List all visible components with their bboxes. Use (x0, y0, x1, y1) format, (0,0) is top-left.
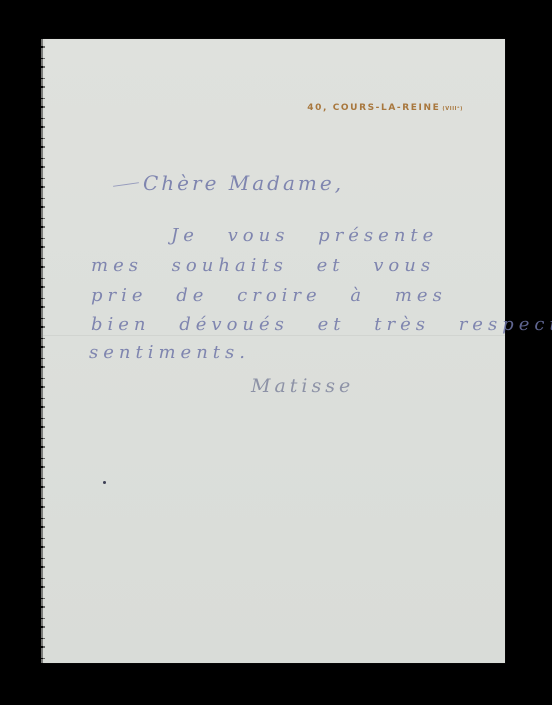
paper-fold-line (43, 335, 505, 336)
letter-line-3: prie de croire à mes (91, 285, 447, 306)
letter-line-1: Je vous présente (171, 225, 438, 246)
letterhead-city: (VIIIᵉ) (442, 106, 463, 112)
salutation-flourish (113, 182, 139, 187)
signature: Matisse (251, 375, 354, 397)
letter-line-4: bien dévoués et très respectueux (91, 314, 552, 335)
photo-stage: 40, COURS-LA-REINE(VIIIᵉ) Chère Madame, … (0, 0, 552, 705)
letter-line-2: mes souhaits et vous (91, 255, 435, 276)
letter-line-5: sentiments. (89, 342, 250, 363)
letterhead-address: 40, COURS-LA-REINE (307, 103, 440, 113)
letterhead: 40, COURS-LA-REINE(VIIIᵉ) (307, 103, 463, 113)
ink-spot (103, 481, 106, 484)
salutation-text: Chère Madame, (143, 171, 344, 195)
salutation: Chère Madame, (113, 171, 344, 195)
letter-sheet: 40, COURS-LA-REINE(VIIIᵉ) Chère Madame, … (43, 39, 505, 663)
